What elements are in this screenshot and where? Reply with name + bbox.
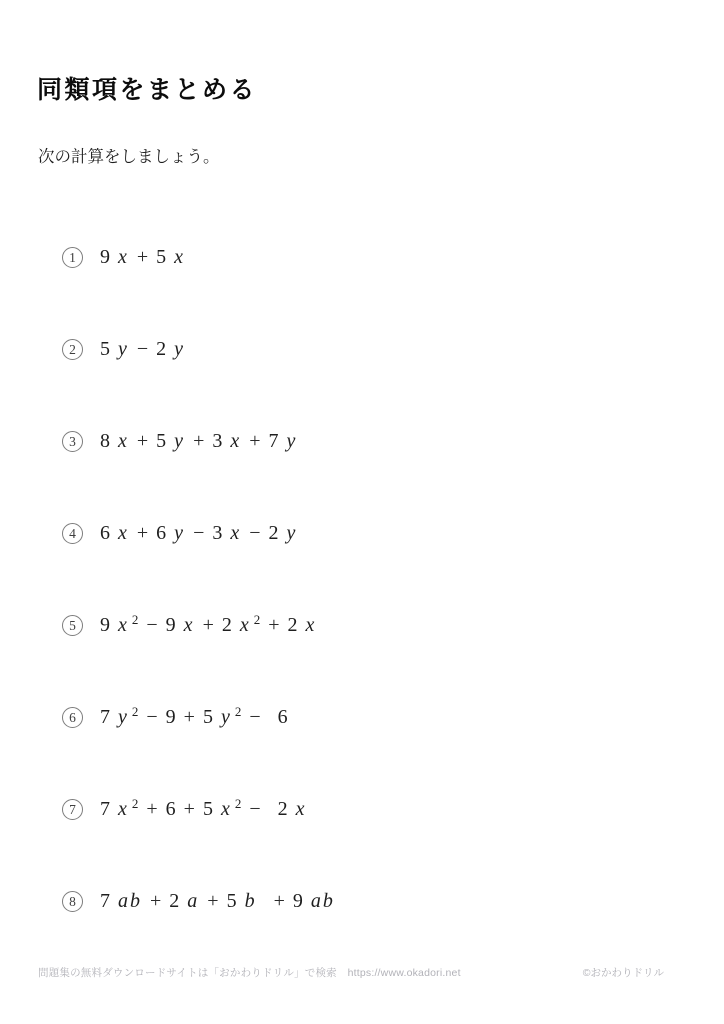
problem-number-circled: 2 <box>62 339 83 360</box>
worksheet-page: 同類項をまとめる 次の計算をしましょう。 1 9x+5x 2 5y−2y 3 8… <box>0 0 724 1024</box>
math-token: y <box>174 430 185 453</box>
problem-number-circled: 5 <box>62 615 83 636</box>
math-token: 7 <box>100 798 110 821</box>
problem-row: 1 9x+5x <box>0 237 724 278</box>
math-token: + <box>274 890 285 913</box>
problem-row: 7 7x2+6+5x2−2x <box>0 789 724 830</box>
math-token: y <box>174 522 185 545</box>
problem-expression: 6x+6y−3x−2y <box>100 522 297 545</box>
math-token: a <box>187 890 199 913</box>
problem-row: 2 5y−2y <box>0 329 724 370</box>
math-token: 2 <box>156 338 166 361</box>
math-token: x <box>118 430 129 453</box>
math-token: + <box>203 614 214 637</box>
math-token: 7 <box>100 706 110 729</box>
problem-number-circled: 4 <box>62 523 83 544</box>
math-token: + <box>207 890 218 913</box>
footer-copyright: ©おかわりドリル <box>583 965 664 980</box>
math-token: 5 <box>156 430 166 453</box>
math-token: 5 <box>100 338 110 361</box>
math-token: + <box>137 246 148 269</box>
math-token: − <box>249 522 260 545</box>
problem-expression: 7ab+2a+5b+9ab <box>100 890 335 913</box>
footer-site-text: 問題集の無料ダウンロードサイトは「おかわりドリル」で検索 https://www… <box>38 965 461 980</box>
math-token: y <box>118 338 129 361</box>
math-token: 8 <box>100 430 110 453</box>
math-token: 2 <box>169 890 179 913</box>
math-token: y <box>287 430 298 453</box>
problem-row: 5 9x2−9x+2x2+2x <box>0 605 724 646</box>
math-token: 2 <box>269 522 279 545</box>
math-token: y <box>174 338 185 361</box>
math-token: y <box>287 522 298 545</box>
math-token: − <box>249 798 260 821</box>
math-token: − <box>146 706 157 729</box>
math-token: 2 <box>278 798 288 821</box>
math-token: x2 <box>221 798 241 821</box>
problem-expression: 8x+5y+3x+7y <box>100 430 297 453</box>
math-token: 7 <box>100 890 110 913</box>
math-token: + <box>146 798 157 821</box>
math-token: 7 <box>269 430 279 453</box>
math-token: 6 <box>156 522 166 545</box>
problem-expression: 7y2−9+5y2−6 <box>100 706 288 729</box>
math-token: 6 <box>278 706 288 729</box>
math-token: x <box>118 246 129 269</box>
math-token: + <box>137 522 148 545</box>
math-token: − <box>146 614 157 637</box>
math-token: x2 <box>240 614 260 637</box>
math-token: + <box>184 798 195 821</box>
problem-expression: 5y−2y <box>100 338 185 361</box>
math-token: x2 <box>118 798 138 821</box>
problems-list: 1 9x+5x 2 5y−2y 3 8x+5y+3x+7y 4 6x+6y−3x… <box>0 0 724 1024</box>
math-token: x <box>118 522 129 545</box>
math-token: x <box>230 522 241 545</box>
problem-number-circled: 1 <box>62 247 83 268</box>
math-token: 9 <box>166 614 176 637</box>
math-token: b <box>245 890 257 913</box>
math-token: 6 <box>100 522 110 545</box>
math-token: x <box>174 246 185 269</box>
math-token: 9 <box>100 246 110 269</box>
math-token: 3 <box>212 522 222 545</box>
math-token: x <box>306 614 317 637</box>
math-token: 5 <box>156 246 166 269</box>
math-token: 9 <box>293 890 303 913</box>
math-token: 9 <box>100 614 110 637</box>
problem-number-circled: 8 <box>62 891 83 912</box>
problem-number-circled: 3 <box>62 431 83 452</box>
math-token: x <box>296 798 307 821</box>
problem-row: 3 8x+5y+3x+7y <box>0 421 724 462</box>
math-token: + <box>137 430 148 453</box>
math-token: − <box>137 338 148 361</box>
math-token: − <box>249 706 260 729</box>
math-token: 9 <box>166 706 176 729</box>
problem-row: 6 7y2−9+5y2−6 <box>0 697 724 738</box>
math-token: − <box>193 522 204 545</box>
math-token: 5 <box>203 706 213 729</box>
problem-expression: 9x+5x <box>100 246 185 269</box>
problem-expression: 7x2+6+5x2−2x <box>100 798 307 821</box>
math-token: + <box>150 890 161 913</box>
math-token: x2 <box>118 614 138 637</box>
math-token: + <box>193 430 204 453</box>
math-token: + <box>184 706 195 729</box>
math-token: 2 <box>222 614 232 637</box>
math-token: x <box>230 430 241 453</box>
problem-expression: 9x2−9x+2x2+2x <box>100 614 316 637</box>
math-token: ab <box>118 890 142 913</box>
math-token: ab <box>311 890 335 913</box>
problem-row: 4 6x+6y−3x−2y <box>0 513 724 554</box>
math-token: 5 <box>227 890 237 913</box>
problem-row: 8 7ab+2a+5b+9ab <box>0 881 724 922</box>
math-token: y2 <box>221 706 241 729</box>
math-token: 5 <box>203 798 213 821</box>
math-token: + <box>249 430 260 453</box>
math-token: 3 <box>212 430 222 453</box>
math-token: x <box>184 614 195 637</box>
math-token: 2 <box>288 614 298 637</box>
math-token: y2 <box>118 706 138 729</box>
problem-number-circled: 6 <box>62 707 83 728</box>
problem-number-circled: 7 <box>62 799 83 820</box>
math-token: 6 <box>166 798 176 821</box>
math-token: + <box>268 614 279 637</box>
